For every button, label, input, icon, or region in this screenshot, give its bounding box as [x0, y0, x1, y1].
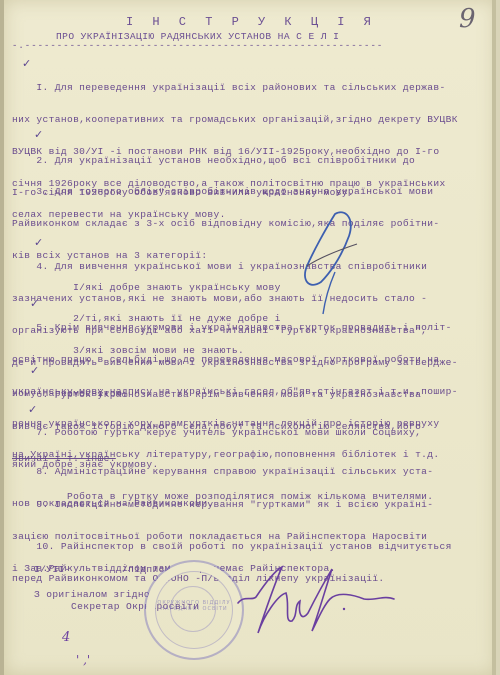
official-stamp: ОКРУЖНОГО ВІДДІЛУ НАРОДНЬОЇ ОСВІТИ — [144, 560, 244, 660]
paragraph-line: 9. Інспекційно-методичне керування "гурт… — [12, 500, 433, 511]
paragraph-line: 8. Адміністраційне керування справою укр… — [12, 467, 433, 478]
paragraph-line: І. Для переведення українізації всіх рай… — [12, 83, 458, 94]
document-page: 9 І Н С Т Р У К Ц І Я ПРО УКРАЇНІЗАЦІЮ Р… — [4, 0, 496, 675]
paragraph-line: 6. Гурток українознавства крім вивчення … — [12, 390, 421, 401]
paragraph-line: 3. Для точного обліку співробітників щод… — [12, 187, 440, 198]
page-number: 9 — [459, 4, 476, 34]
blue-pencil-mark — [299, 210, 359, 320]
title-underline: -.--------------------------------------… — [12, 41, 383, 51]
paragraph-line: Райвиконком складає з 3-х осіб відповідн… — [12, 219, 440, 230]
paragraph-line: 5. Крім вивчення укрмови і українознавст… — [12, 323, 458, 334]
scan-edge-right — [492, 0, 496, 675]
certified-copy-label: З оригіналом згідно: — [34, 590, 156, 601]
paragraph-line: 7. Роботою гуртка керує учитель українсь… — [12, 428, 433, 439]
paragraph-line: 10. Райінспектор в своїй роботі по украї… — [12, 542, 452, 553]
handwritten-marks: ' ,' — [76, 653, 90, 667]
paragraph-line: освітню працю в сельбуді,що-до переведен… — [12, 355, 458, 366]
paragraph-line: них установ,кооперативних та громадських… — [12, 115, 458, 126]
stamp-text: ОКРУЖНОГО ВІДДІЛУ НАРОДНЬОЇ ОСВІТИ — [146, 600, 242, 612]
footer-date: І/УІІ- — [34, 565, 71, 576]
paragraph-line: 4. Для вивчення української мови і украї… — [12, 262, 458, 273]
handwritten-signature — [234, 565, 414, 645]
handwritten-number: 4 — [62, 630, 70, 645]
document-title: І Н С Т Р У К Ц І Я — [126, 15, 377, 29]
